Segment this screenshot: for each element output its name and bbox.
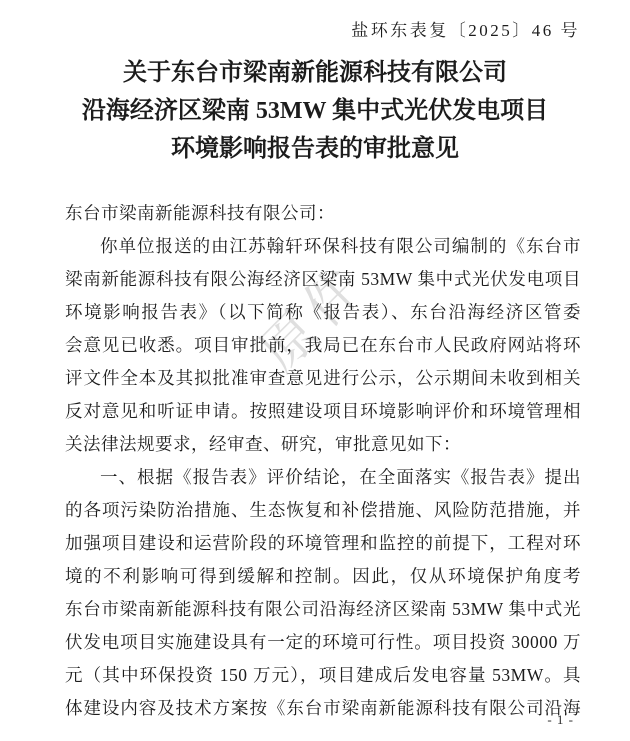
text-line: 梁南新能源科技有限公海经济区梁南 53MW 集中式光伏发电项目 xyxy=(65,263,581,296)
doc-number: 盐环东表复〔2025〕46 号 xyxy=(351,16,580,41)
salutation: 东台市梁南新能源科技有限公司： xyxy=(65,197,581,230)
text-line: 反对意见和听证申请。按照建设项目环境影响评价和环境管理相 xyxy=(65,395,581,428)
document-title: 关于东台市梁南新能源科技有限公司 沿海经济区梁南 53MW 集中式光伏发电项目 … xyxy=(30,54,600,168)
text-line: 东台市梁南新能源科技有限公司沿海经济区梁南 53MW 集中式光 xyxy=(65,593,581,626)
text-line: 加强项目建设和运营阶段的环境管理和监控的前提下，工程对环 xyxy=(65,527,581,560)
text-line: 境的不利影响可得到缓解和控制。因此，仅从环境保护角度考虑， xyxy=(65,560,581,593)
text-line: 会意见已收悉。项目审批前，我局已在东台市人民政府网站将环 xyxy=(65,329,581,362)
text-line: 体建设内容及技术方案按《东台市梁南新能源科技有限公司沿海 xyxy=(65,692,581,725)
title-line-2: 沿海经济区梁南 53MW 集中式光伏发电项目 xyxy=(30,92,600,130)
body-paragraph-1: 你单位报送的由江苏翰轩环保科技有限公司编制的《东台市 梁南新能源科技有限公海经济… xyxy=(65,230,581,461)
text-line: 元（其中环保投资 150 万元），项目建成后发电容量 53MW。具 xyxy=(65,659,581,692)
page-number: - 1 - xyxy=(547,712,574,728)
text-line: 关法律法规要求，经审查、研究，审批意见如下： xyxy=(65,428,581,461)
text-line: 伏发电项目实施建设具有一定的环境可行性。项目投资 30000 万 xyxy=(65,626,581,659)
text-line: 一、根据《报告表》评价结论，在全面落实《报告表》提出 xyxy=(65,461,581,494)
title-line-3: 环境影响报告表的审批意见 xyxy=(30,130,600,168)
document-body: 东台市梁南新能源科技有限公司： 你单位报送的由江苏翰轩环保科技有限公司编制的《东… xyxy=(65,197,581,725)
text-line: 评文件全本及其拟批准审查意见进行公示，公示期间未收到相关 xyxy=(65,362,581,395)
document-page: 原件 盐环东表复〔2025〕46 号 关于东台市梁南新能源科技有限公司 沿海经济… xyxy=(0,0,630,741)
text-line: 的各项污染防治措施、生态恢复和补偿措施、风险防范措施，并 xyxy=(65,494,581,527)
body-paragraph-2: 一、根据《报告表》评价结论，在全面落实《报告表》提出 的各项污染防治措施、生态恢… xyxy=(65,461,581,725)
text-line: 你单位报送的由江苏翰轩环保科技有限公司编制的《东台市 xyxy=(65,230,581,263)
title-line-1: 关于东台市梁南新能源科技有限公司 xyxy=(30,54,600,92)
text-line: 环境影响报告表》（以下简称《报告表）、东台沿海经济区管委 xyxy=(65,296,581,329)
